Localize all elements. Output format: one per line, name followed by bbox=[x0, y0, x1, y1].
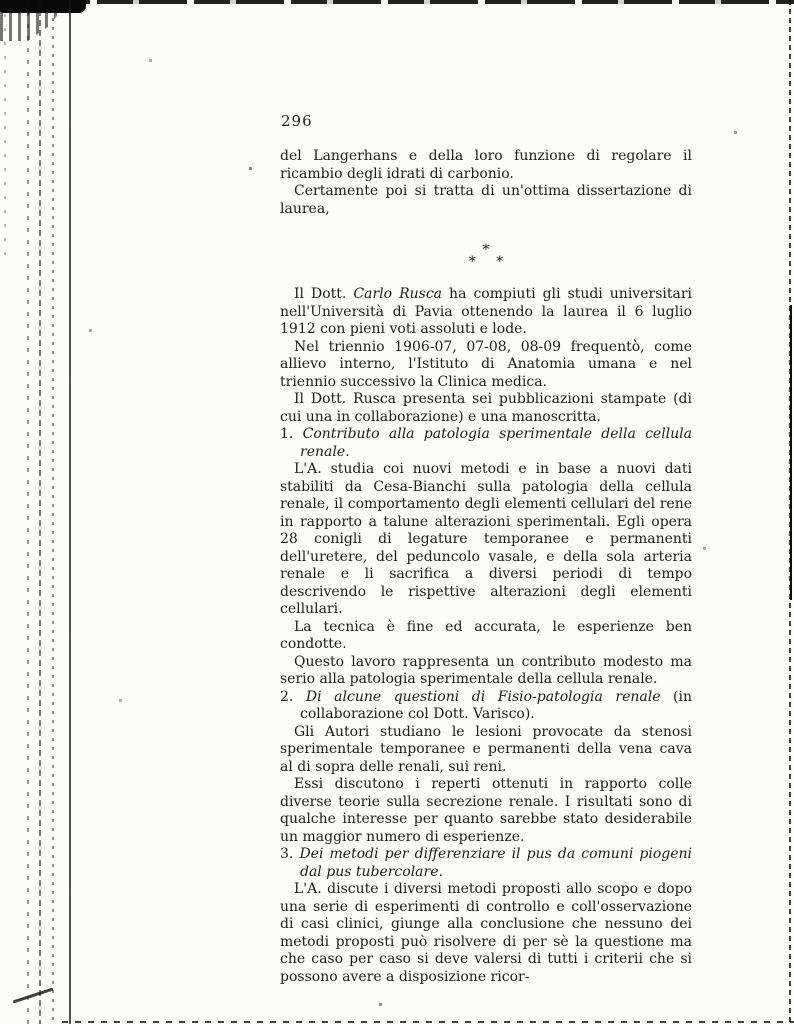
asterism-row: * * bbox=[280, 256, 692, 268]
scan-artifact-left-line bbox=[27, 0, 29, 1024]
text-run: L'A. discute i diversi metodi proposti a… bbox=[280, 881, 692, 985]
text-run: Dei metodi per differenziare il pus da c… bbox=[299, 846, 692, 880]
paragraph: Il Dott. Rusca presenta sei pubblicazion… bbox=[280, 391, 692, 426]
paragraph: Il Dott. Carlo Rusca ha compiuti gli stu… bbox=[280, 286, 692, 339]
paragraph: Gli Autori studiano le lesioni provocate… bbox=[280, 724, 692, 777]
text-run: Carlo Rusca bbox=[353, 286, 442, 302]
text-run: 1. bbox=[280, 426, 303, 442]
text-run: Essi discutono i reperti ottenuti in rap… bbox=[280, 776, 692, 845]
scan-artifact-left-line bbox=[52, 0, 54, 1024]
text-run: L'A. studia coi nuovi metodi e in base a… bbox=[280, 461, 692, 617]
page-number: 296 bbox=[281, 112, 313, 130]
text-run: 2. bbox=[280, 689, 306, 705]
paragraph: Nel triennio 1906-07, 07-08, 08-09 frequ… bbox=[280, 339, 692, 392]
paragraph: 2. Di alcune questioni di Fisio-patologi… bbox=[280, 689, 692, 724]
text-run: Di alcune questioni di Fisio-patologia r… bbox=[306, 689, 661, 705]
scan-artifact-bottom-edge bbox=[62, 1021, 794, 1023]
text-run: Contributo alla patologia sperimentale d… bbox=[300, 426, 692, 460]
scan-artifact-specks bbox=[0, 0, 1, 1]
paragraph: L'A. studia coi nuovi metodi e in base a… bbox=[280, 461, 692, 619]
text-run: Il Dott. Rusca presenta sei pubblicazion… bbox=[280, 391, 692, 425]
scan-artifact-top-edge bbox=[0, 0, 794, 4]
text-run: Il Dott. bbox=[294, 286, 353, 302]
text-run: La tecnica è fine ed accurata, le esperi… bbox=[280, 619, 692, 653]
scan-artifact-right-edge-dotted bbox=[789, 0, 791, 1024]
text-run: del Langerhans e della loro funzione di … bbox=[280, 148, 692, 182]
asterism-separator: ** * bbox=[280, 244, 692, 268]
scan-artifact-top-left-blob bbox=[0, 0, 86, 13]
page-text: del Langerhans e della loro funzione di … bbox=[280, 148, 692, 986]
text-run: Questo lavoro rappresenta un contributo … bbox=[280, 654, 692, 688]
scan-artifact-bottom-left-mark bbox=[13, 988, 54, 1004]
paragraph: L'A. discute i diversi metodi proposti a… bbox=[280, 881, 692, 986]
paragraph: 1. Contributo alla patologia sperimental… bbox=[280, 426, 692, 461]
scan-artifact-top-left-streaks bbox=[0, 9, 62, 41]
scan-artifact-left-line bbox=[4, 0, 6, 260]
paragraph: 3. Dei metodi per differenziare il pus d… bbox=[280, 846, 692, 881]
text-run: Gli Autori studiano le lesioni provocate… bbox=[280, 724, 692, 775]
paragraph: Essi discutono i reperti ottenuti in rap… bbox=[280, 776, 692, 846]
text-run: 3. bbox=[280, 846, 299, 862]
text-run: Certamente poi si tratta di un'ottima di… bbox=[280, 183, 692, 217]
scan-artifact-left-line bbox=[69, 0, 71, 1024]
scanned-page: 296 del Langerhans e della loro funzione… bbox=[0, 0, 794, 1024]
scan-artifact-right-edge-line bbox=[790, 305, 792, 600]
text-run: Nel triennio 1906-07, 07-08, 08-09 frequ… bbox=[280, 339, 692, 390]
paragraph: del Langerhans e della loro funzione di … bbox=[280, 148, 692, 183]
paragraph: La tecnica è fine ed accurata, le esperi… bbox=[280, 619, 692, 654]
paragraph: Questo lavoro rappresenta un contributo … bbox=[280, 654, 692, 689]
scan-artifact-left-line bbox=[39, 0, 41, 1024]
paragraph: Certamente poi si tratta di un'ottima di… bbox=[280, 183, 692, 218]
